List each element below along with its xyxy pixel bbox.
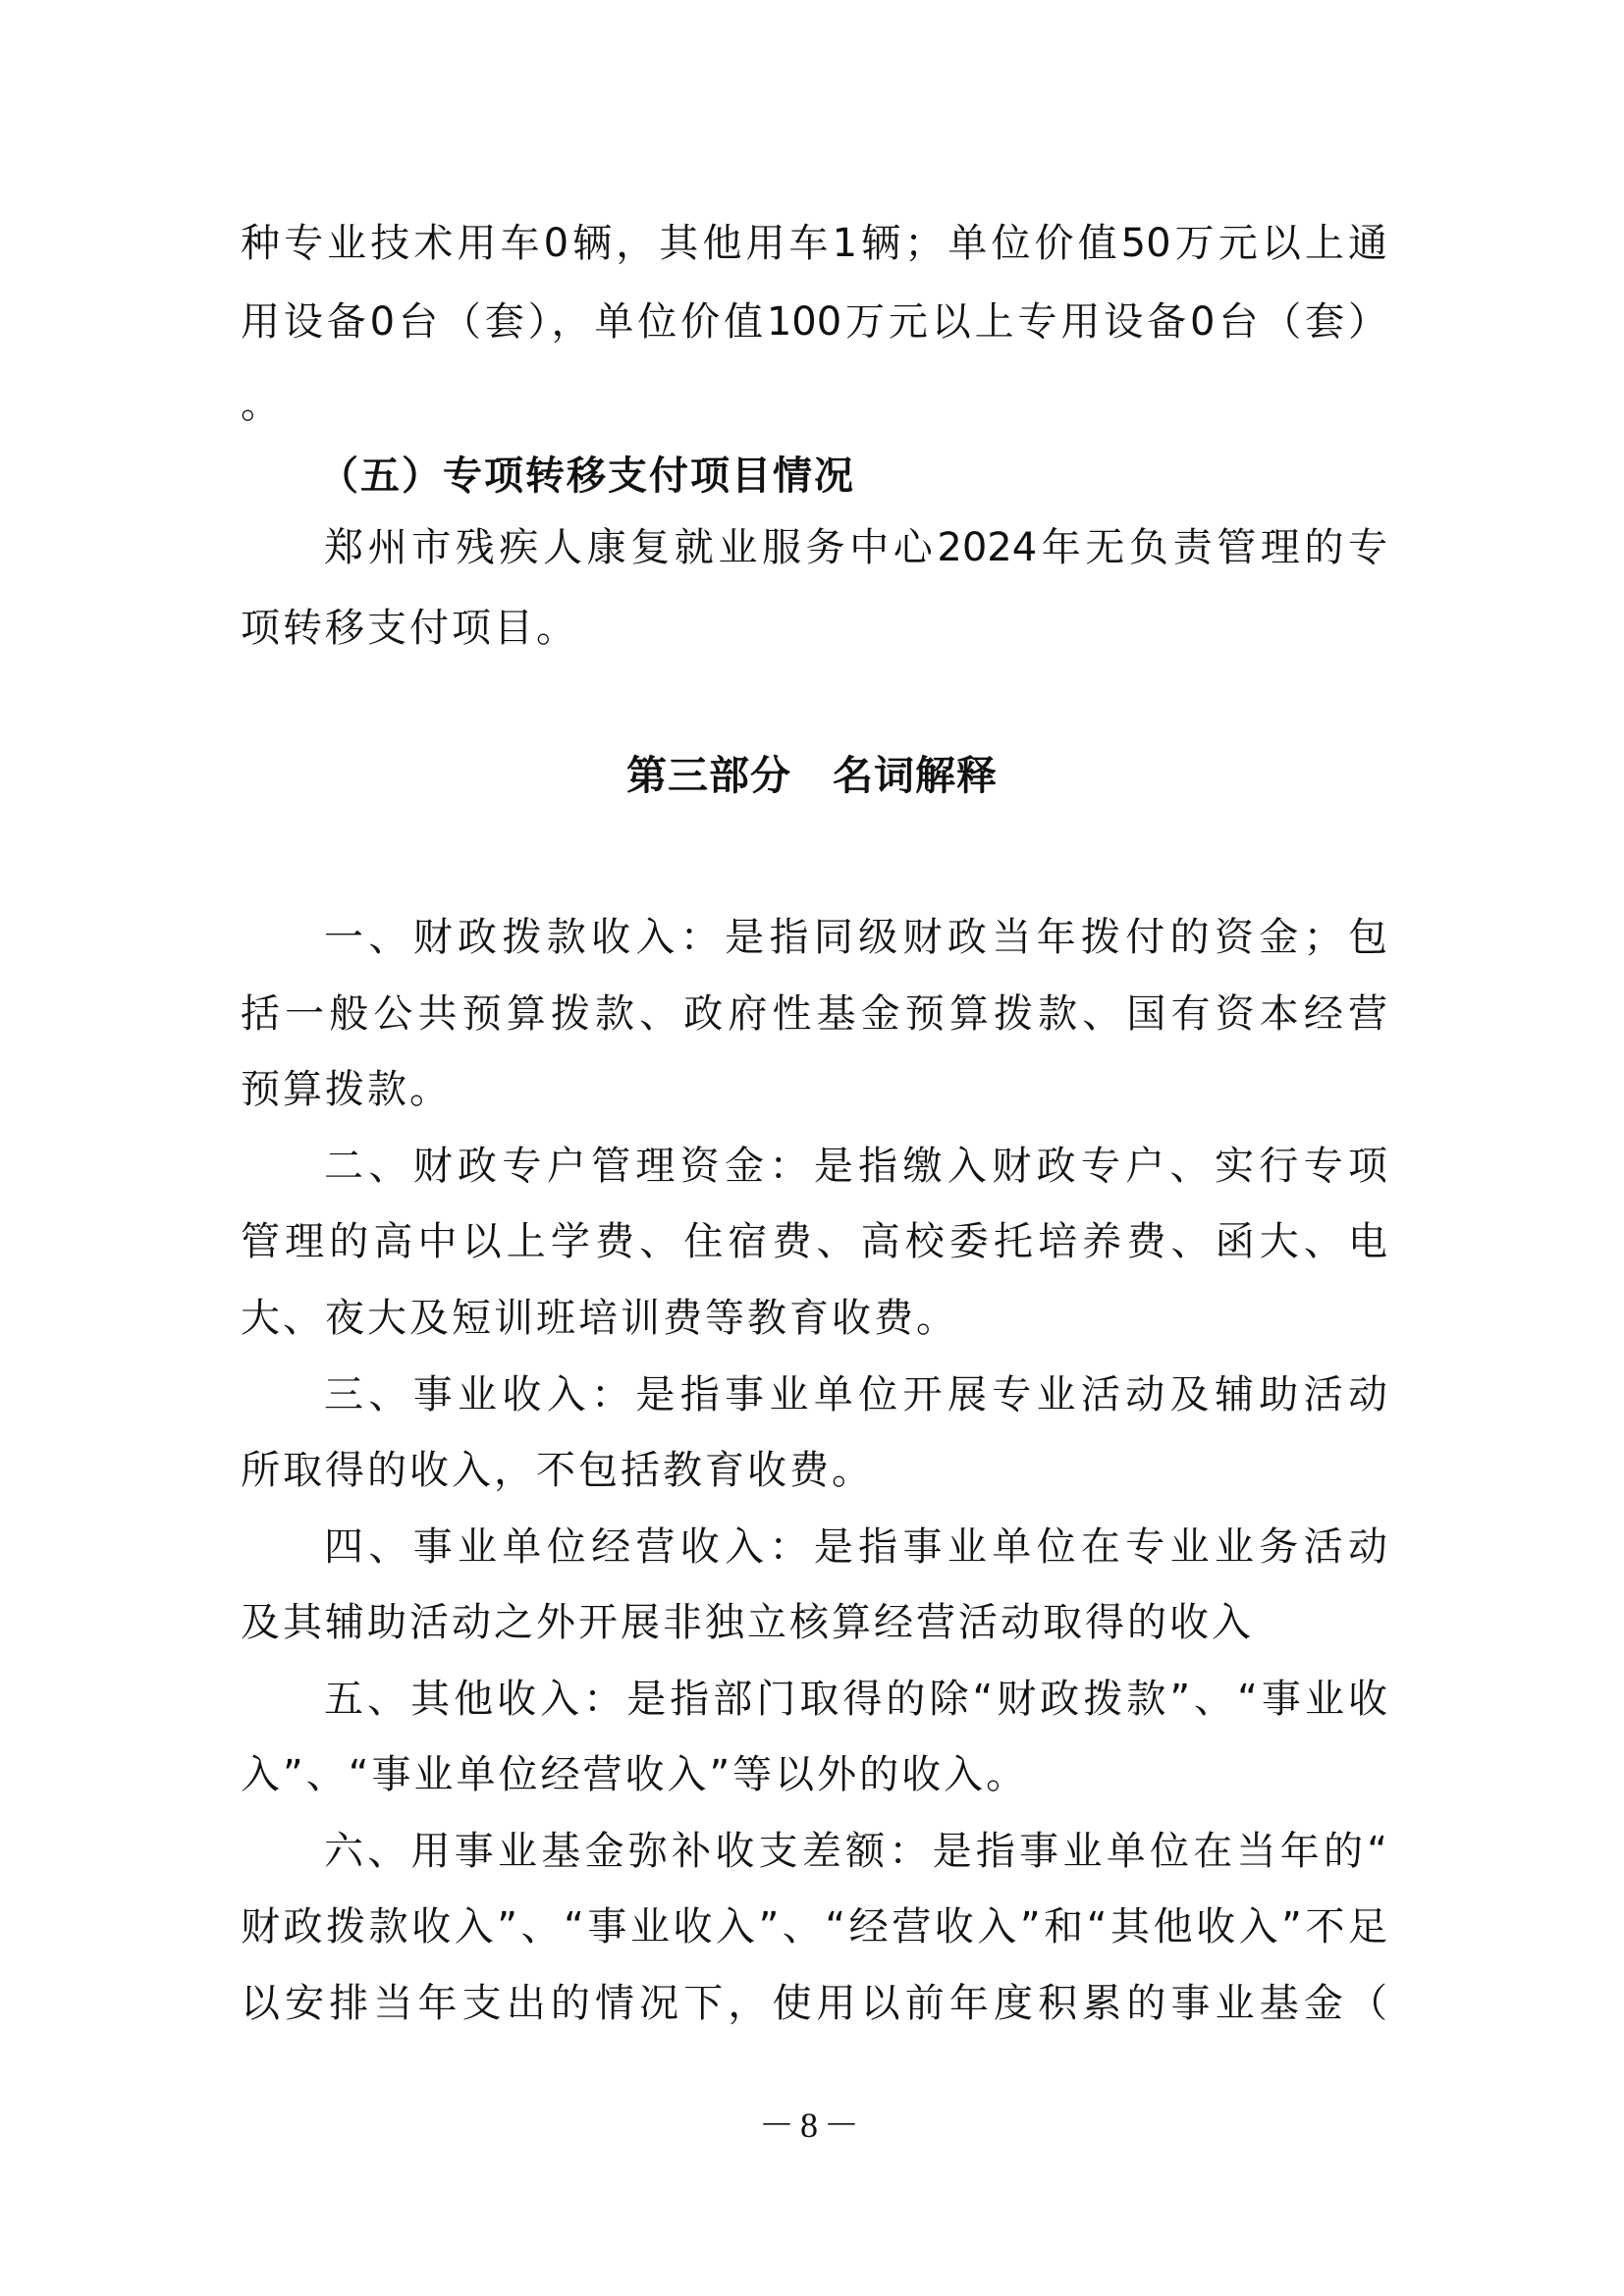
body-text-line: 郑州市残疾人康复就业服务中心2024年无负责管理的专 bbox=[324, 522, 1387, 573]
definition-line: 大、夜大及短训班培训费等教育收费。 bbox=[241, 1293, 1387, 1344]
definition-line: 所取得的收入，不包括教育收费。 bbox=[241, 1445, 1387, 1496]
body-text-line: 。 bbox=[241, 379, 1387, 430]
definition-line: 及其辅助活动之外开展非独立核算经营活动取得的收入 bbox=[241, 1597, 1387, 1648]
definition-line: 三、事业收入：是指事业单位开展专业活动及辅助活动 bbox=[324, 1369, 1387, 1420]
part-heading: 第三部分名词解释 bbox=[0, 750, 1624, 801]
body-text-line: 种专业技术用车0辆，其他用车1辆；单位价值50万元以上通 bbox=[241, 218, 1387, 269]
body-text-line: 项转移支付项目。 bbox=[241, 603, 1387, 654]
definition-line: 管理的高中以上学费、住宿费、高校委托培养费、函大、电 bbox=[241, 1216, 1387, 1267]
definition-line: 四、事业单位经营收入：是指事业单位在专业业务活动 bbox=[324, 1522, 1387, 1573]
definition-line: 以安排当年支出的情况下，使用以前年度积累的事业基金（ bbox=[241, 1978, 1387, 2029]
definition-line: 预算拨款。 bbox=[241, 1064, 1387, 1115]
part-heading-title: 名词解释 bbox=[833, 753, 998, 798]
definition-line: 入”、“事业单位经营收入”等以外的收入。 bbox=[241, 1749, 1387, 1800]
definition-line: 财政拨款收入”、“事业收入”、“经营收入”和“其他收入”不足 bbox=[241, 1901, 1387, 1952]
definition-line: 括一般公共预算拨款、政府性基金预算拨款、国有资本经营 bbox=[241, 988, 1387, 1040]
page-number: －8－ bbox=[0, 2104, 1624, 2147]
definition-line: 一、财政拨款收入：是指同级财政当年拨付的资金；包 bbox=[324, 912, 1387, 963]
section-heading: （五）专项转移支付项目情况 bbox=[319, 451, 855, 502]
part-heading-number: 第三部分 bbox=[626, 753, 791, 798]
definition-line: 五、其他收入：是指部门取得的除“财政拨款”、“事业收 bbox=[324, 1674, 1387, 1725]
body-text-line: 用设备0台（套），单位价值100万元以上专用设备0台（套） bbox=[241, 296, 1387, 347]
definition-line: 二、财政专户管理资金：是指缴入财政专户、实行专项 bbox=[324, 1141, 1387, 1192]
definition-line: 六、用事业基金弥补收支差额：是指事业单位在当年的“ bbox=[324, 1826, 1387, 1877]
